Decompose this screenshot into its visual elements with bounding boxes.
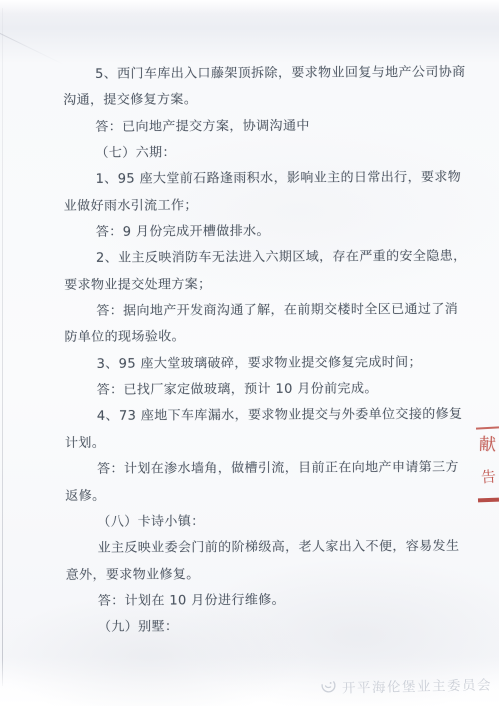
document-line: 计划。 <box>65 429 469 457</box>
document-line: 业做好雨水引流工作； <box>64 192 468 220</box>
document-line: 意外，要求物业修复。 <box>66 560 470 588</box>
document-line: 答：已向地产提交方案，协调沟通中 <box>63 113 467 141</box>
document-line: 答：据向地产开发商沟通了解，在前期交楼时全区已通过了消 <box>64 297 468 325</box>
paper-edge-shadow <box>2 8 3 686</box>
document-line: 3、95 座大堂玻璃破碎，要求物业提交修复完成时间； <box>65 350 469 378</box>
document-line: 2、业主反映消防车无法进入六期区域，存在严重的安全隐患， <box>64 244 468 272</box>
document-line: 业主反映业委会门前的阶梯级高，老人家出入不便，容易发生 <box>65 534 469 562</box>
document-line: 4、73 座地下车库漏水，要求物业提交与外委单位交接的修复 <box>65 402 469 430</box>
red-stamp-fragment-top: 献 <box>479 430 497 456</box>
document-line: 1、95 座大堂前石路逢雨积水，影响业主的日常出行，要求物 <box>64 165 468 193</box>
document-line: 答：计划在 10 月份进行维修。 <box>66 587 470 615</box>
scanned-document-page: 5、西门车库出入口藤架顶拆除，要求物业回复与地产公司协商沟通，提交修复方案。答：… <box>0 0 499 706</box>
document-line: 答：计划在渗水墙角，做槽引流，目前正在向地产申请第三方 <box>65 455 469 483</box>
document-line: （七）六期： <box>63 139 467 167</box>
committee-logo-icon <box>320 677 337 694</box>
document-line: 答：9 月份完成开槽做排水。 <box>64 218 468 246</box>
document-text-body: 5、西门车库出入口藤架顶拆除，要求物业回复与地产公司协商沟通，提交修复方案。答：… <box>63 60 470 642</box>
paper-crease-line <box>0 30 64 65</box>
watermark-text: 开平海伦堡业主委员会 <box>342 673 492 696</box>
document-line: 沟通，提交修复方案。 <box>63 86 467 114</box>
document-line: 返修。 <box>65 481 469 509</box>
document-line: 5、西门车库出入口藤架顶拆除，要求物业回复与地产公司协商 <box>63 60 467 88</box>
red-stamp-fragment-bottom: 告 <box>480 466 496 488</box>
document-line: 要求物业提交处理方案； <box>64 271 468 299</box>
red-stamp-bar <box>478 498 499 503</box>
document-line: 防单位的现场验收。 <box>64 323 468 351</box>
document-line: （八）卡诗小镇： <box>65 508 469 536</box>
watermark-footer: 开平海伦堡业主委员会 <box>320 675 492 695</box>
document-line: 答：已找厂家定做玻璃，预计 10 月份前完成。 <box>65 376 469 404</box>
document-line: （九）别墅： <box>66 613 470 641</box>
